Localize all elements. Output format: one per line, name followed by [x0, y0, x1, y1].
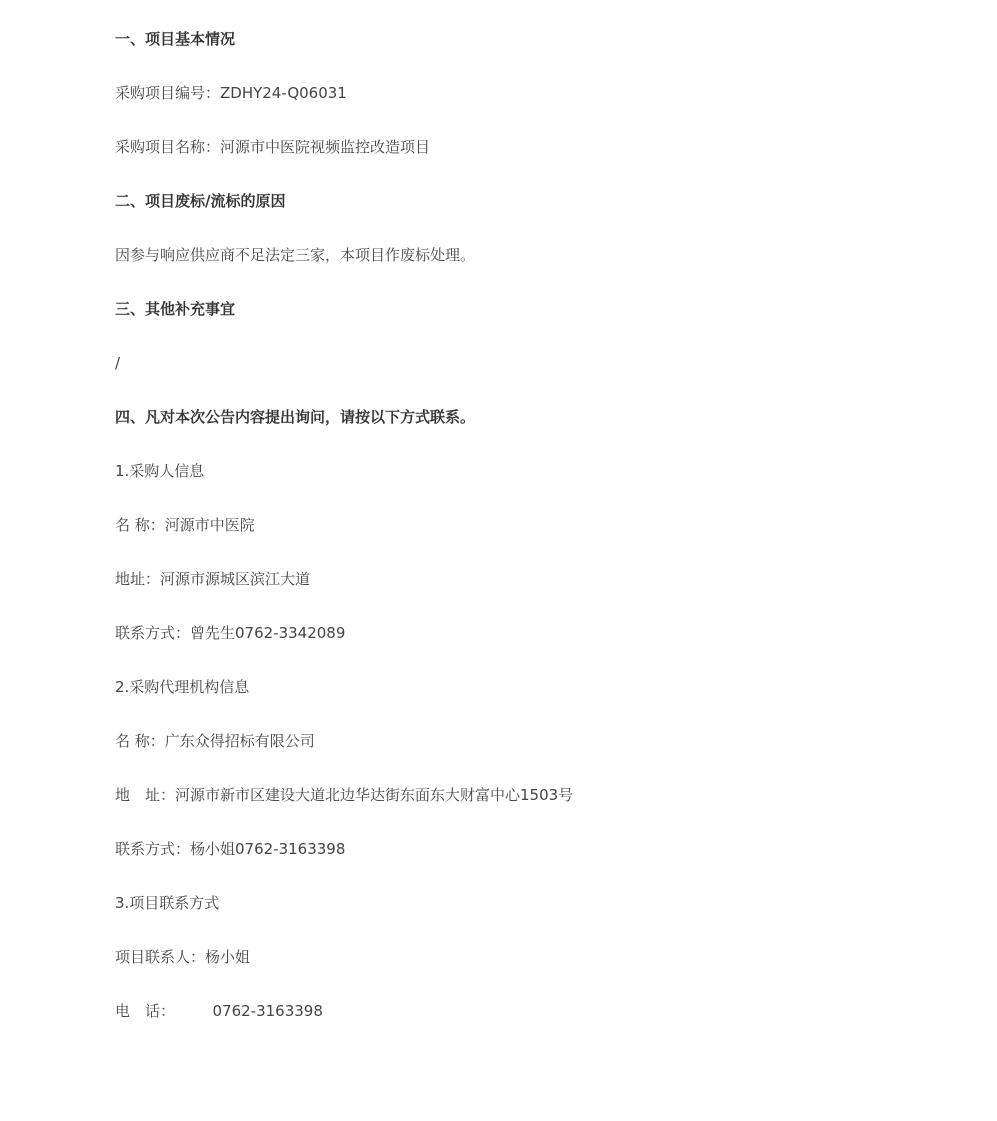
project-contact-person: 项目联系人：杨小姐 — [115, 947, 250, 967]
purchaser-info-heading: 1.采购人信息 — [115, 461, 204, 481]
section-heading-other-matters: 三、其他补充事宜 — [115, 299, 235, 319]
section-heading-basic-info: 一、项目基本情况 — [115, 29, 235, 49]
agency-name: 名 称：广东众得招标有限公司 — [115, 731, 315, 751]
failure-reason-text: 因参与响应供应商不足法定三家，本项目作废标处理。 — [115, 245, 475, 265]
section-heading-failure-reason: 二、项目废标/流标的原因 — [115, 191, 285, 211]
project-contact-phone: 电 话： 0762-3163398 — [115, 1001, 323, 1021]
other-matters-text: / — [115, 353, 120, 373]
agency-info-heading: 2.采购代理机构信息 — [115, 677, 249, 697]
agency-address: 地 址：河源市新市区建设大道北边华达街东面东大财富中心1503号 — [115, 785, 573, 805]
section-heading-contact: 四、凡对本次公告内容提出询问，请按以下方式联系。 — [115, 407, 475, 427]
purchaser-name: 名 称：河源市中医院 — [115, 515, 255, 535]
project-contact-heading: 3.项目联系方式 — [115, 893, 219, 913]
project-name: 采购项目名称：河源市中医院视频监控改造项目 — [115, 137, 430, 157]
project-number: 采购项目编号：ZDHY24-Q06031 — [115, 83, 347, 103]
purchaser-address: 地址：河源市源城区滨江大道 — [115, 569, 310, 589]
purchaser-contact: 联系方式：曾先生0762-3342089 — [115, 623, 345, 643]
agency-contact: 联系方式：杨小姐0762-3163398 — [115, 839, 345, 859]
